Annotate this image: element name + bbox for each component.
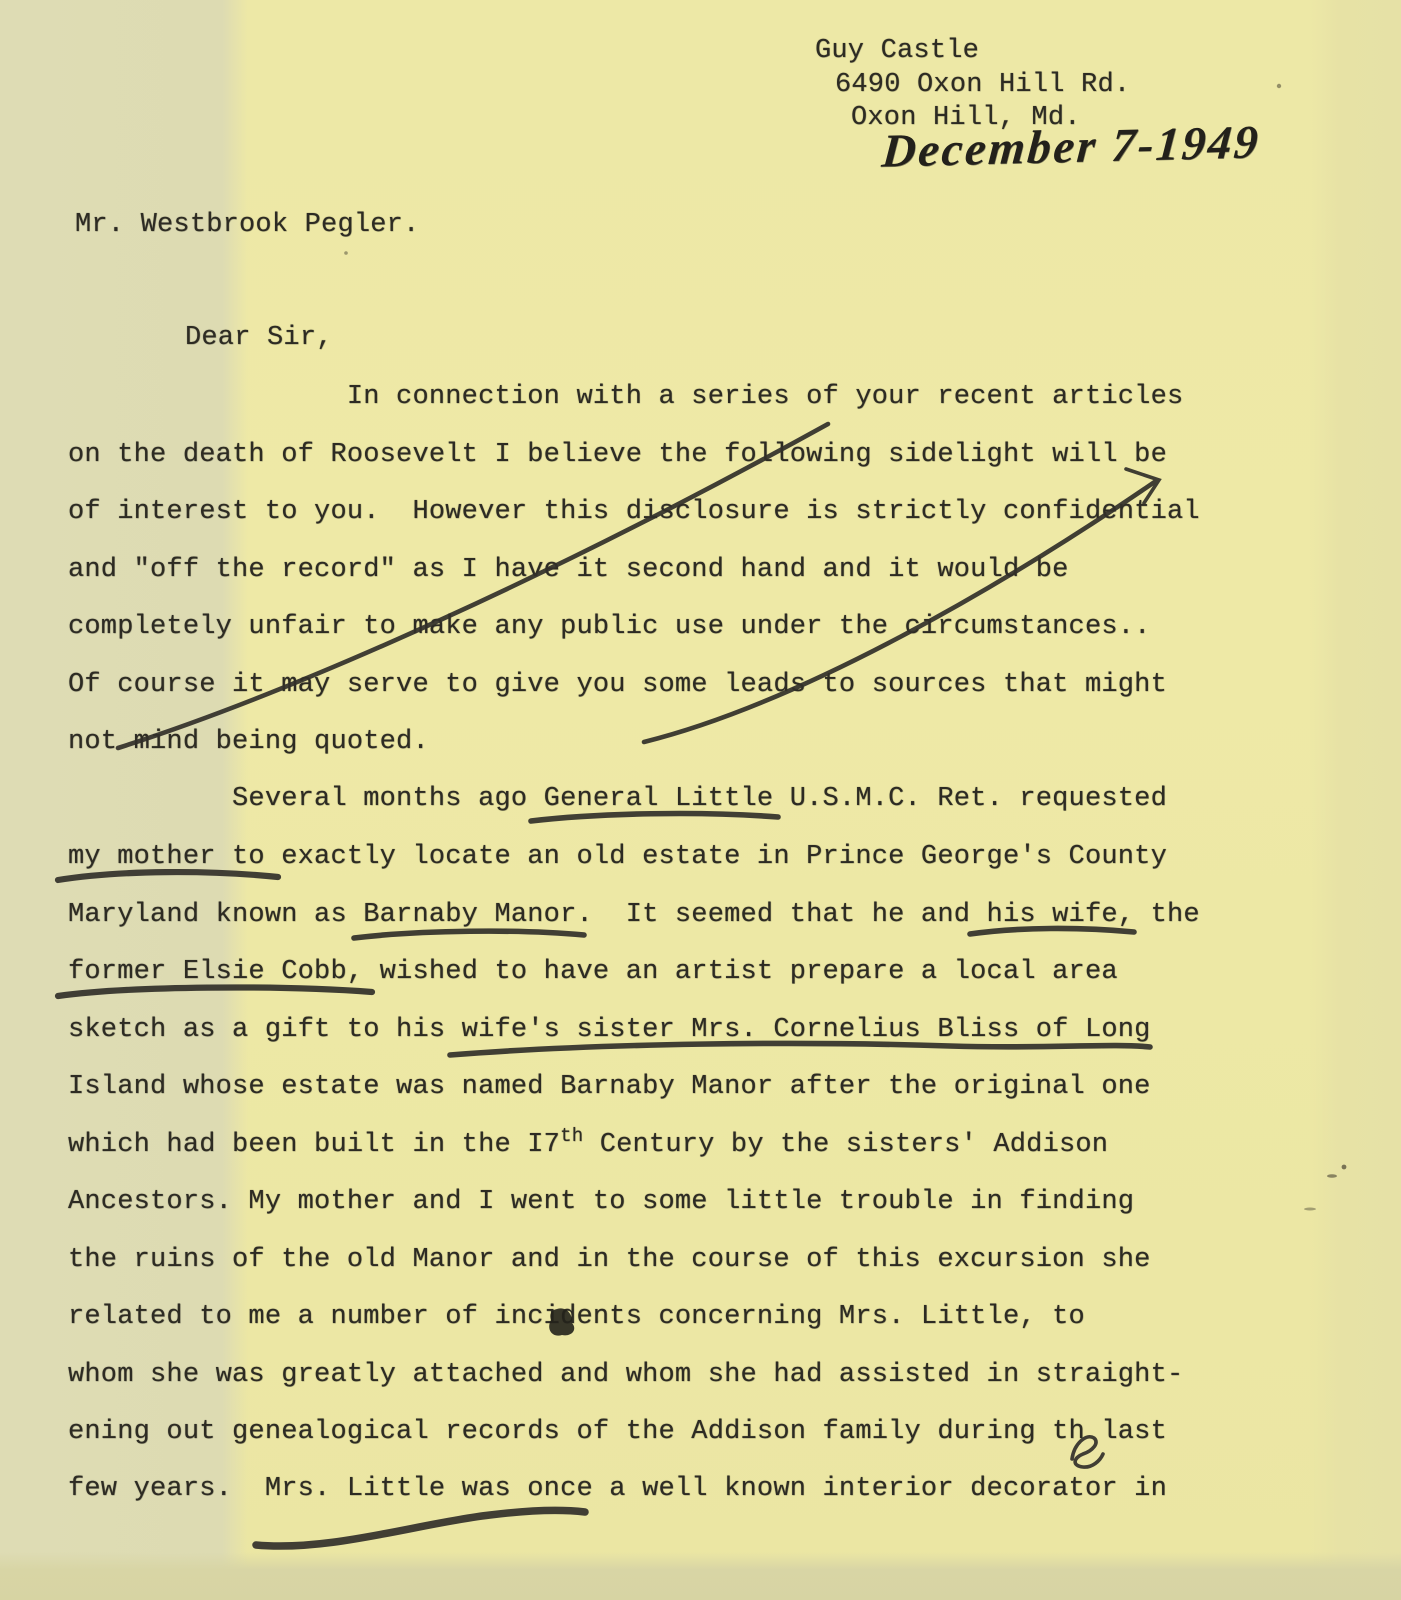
typed-line: whom she was greatly attached and whom s… — [68, 1358, 1183, 1392]
typed-line: my mother to exactly locate an old estat… — [68, 840, 1167, 874]
recipient-line: Mr. Westbrook Pegler. — [75, 208, 419, 242]
typed-line: related to me a number of incidents conc… — [68, 1300, 1085, 1334]
typed-line: and "off the record" as I have it second… — [68, 553, 1069, 587]
typed-line: In connection with a series of your rece… — [68, 380, 1183, 414]
typed-line: not mind being quoted. — [68, 725, 429, 759]
typed-line: the ruins of the old Manor and in the co… — [68, 1243, 1151, 1277]
letter-page: Guy Castle 6490 Oxon Hill Rd. Oxon Hill,… — [0, 0, 1401, 1600]
typed-line: few years. Mrs. Little was once a well k… — [68, 1472, 1167, 1506]
handwritten-date: December 7-1949 — [880, 115, 1262, 178]
typed-line-segment: Century by the sisters' Addison — [583, 1130, 1108, 1160]
typed-line: on the death of Roosevelt I believe the … — [68, 438, 1167, 472]
underline-mrs-little-swoosh — [256, 1510, 585, 1546]
typed-line-segment: which had been built in the I7 — [68, 1130, 560, 1160]
typed-line: former Elsie Cobb, wished to have an art… — [68, 955, 1118, 989]
sender-address1: 6490 Oxon Hill Rd. — [835, 68, 1130, 102]
salutation: Dear Sir, — [185, 321, 333, 355]
typed-line: Several months ago General Little U.S.M.… — [68, 782, 1167, 816]
typed-line: of interest to you. However this disclos… — [68, 495, 1200, 529]
typed-line: ening out genealogical records of the Ad… — [68, 1415, 1167, 1449]
superscript-th: th — [560, 1125, 583, 1147]
typed-line: sketch as a gift to his wife's sister Mr… — [68, 1013, 1151, 1047]
typed-line: Ancestors. My mother and I went to some … — [68, 1185, 1134, 1219]
underline-barnaby-manor — [354, 931, 584, 938]
typed-line: Island whose estate was named Barnaby Ma… — [68, 1070, 1151, 1104]
typed-line: Of course it may serve to give you some … — [68, 668, 1167, 702]
typed-line: completely unfair to make any public use… — [68, 610, 1151, 644]
sender-name: Guy Castle — [815, 34, 979, 68]
typed-line: which had been built in the I7th Century… — [68, 1128, 1108, 1163]
typed-line: Maryland known as Barnaby Manor. It seem… — [68, 898, 1200, 932]
